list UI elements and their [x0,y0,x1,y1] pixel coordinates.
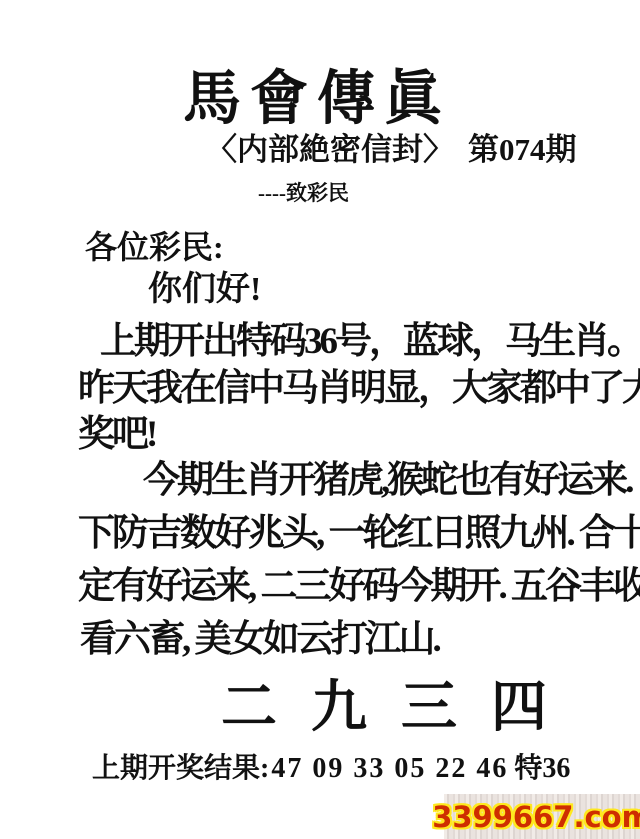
last-draw-result: 上期开奖结果:47 09 33 05 22 46特36 [92,746,570,786]
letter-line: 看六畜, 美女如云打江山. [80,608,439,662]
prediction-numbers: 二九三四 [221,663,581,743]
page-title: 馬會傳眞 [183,50,451,136]
letter-line: 今期生肖开猪虎,猴蛇也有好运来. [143,449,632,503]
envelope-label: 〈内部絶密信封〉 [206,132,454,167]
document-subtitle: 〈内部絶密信封〉第074期 [206,124,577,169]
letter-hello: 你们好! [148,261,261,310]
watermark-band: 3399667.com [444,794,640,839]
special-number-value: 36 [542,753,570,784]
fax-document: 馬會傳眞 〈内部絶密信封〉第074期 ----致彩民 各位彩民: 你们好! 上期… [0,0,640,839]
letter-line: 定有好运来, 二三好码今期开. 五谷丰收 [78,555,640,609]
last-draw-numbers: 47 09 33 05 22 46 [271,753,508,784]
last-draw-label: 上期开奖结果: [92,753,269,784]
letter-line: 上期开出特码36号，蓝球，马生肖。 [100,310,640,364]
issue-number: 第074期 [468,132,577,167]
letter-line: 下防吉数好兆头, 一轮红日照九州. 合十 [78,502,640,556]
special-number-label: 特 [514,753,542,784]
letter-line: 昨天我在信中马肖明显，大家都中了大 [78,357,640,411]
dedication-line: ----致彩民 [258,177,349,207]
watermark-url: 3399667.com [432,800,640,834]
